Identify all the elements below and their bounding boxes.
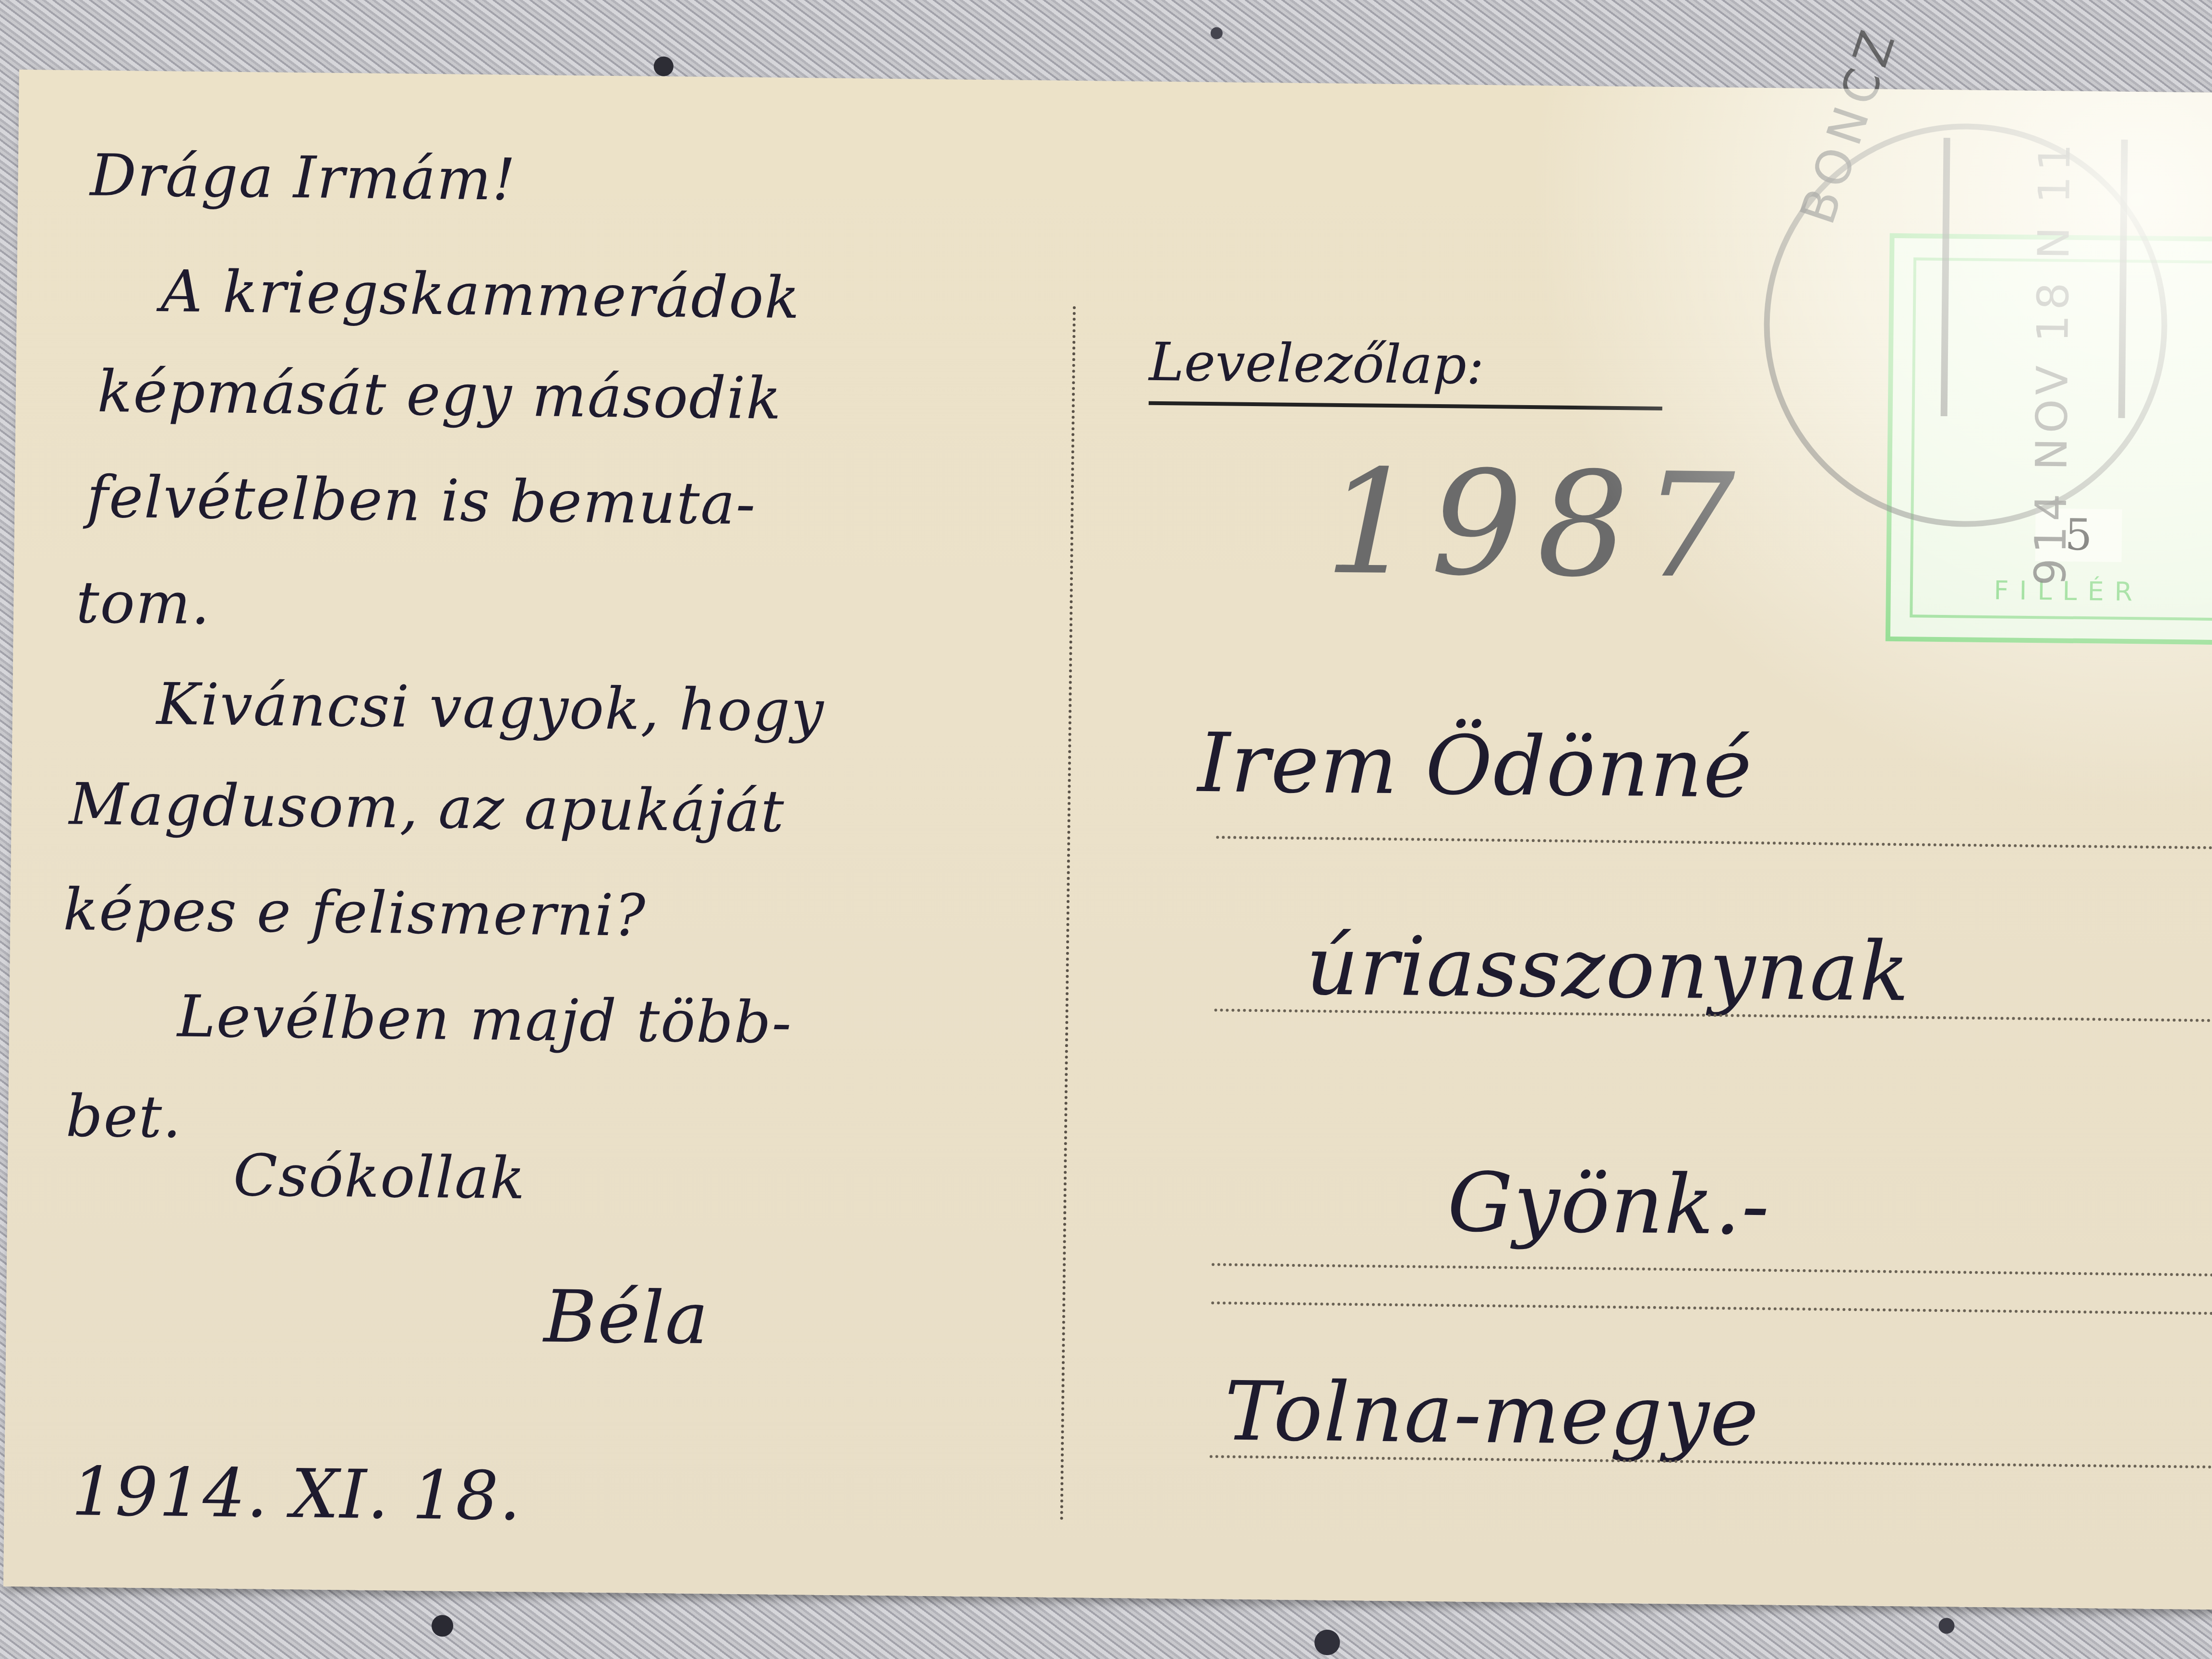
message-line-5: Kiváncsi vagyok, hogy [156, 671, 825, 745]
message-line-4: tom. [76, 569, 211, 637]
message-line-9: bet. [65, 1083, 182, 1151]
address-town: Gyönk.- [1447, 1155, 1770, 1253]
postcard: Drága Irmám! A kriegskammerádok képmását… [3, 70, 2212, 1610]
address-line-1 [1216, 836, 2212, 849]
archive-number: 1987 [1324, 439, 1750, 611]
closing: Csókollak [233, 1142, 526, 1212]
message-line-3: felvételben is bemuta- [86, 464, 757, 538]
message-date: 1914. XI. 18. [71, 1453, 522, 1536]
address-county: Tolna-megye [1224, 1364, 1760, 1465]
postcard-heading: Levelezőlap: [1149, 331, 1663, 410]
signature: Béla [543, 1275, 709, 1361]
postmark-date: 914 NOV 18 N 11 [2025, 139, 2080, 586]
message-line-6: Magdusom, az apukáját [69, 771, 785, 845]
message-line-2: képmását egy második [97, 359, 782, 433]
message-line-8: Levélben majd több- [177, 984, 793, 1057]
address-line-4 [1211, 1301, 2212, 1315]
address-line-3 [1212, 1263, 2212, 1276]
message-line-1: A kriegskammerádok [160, 258, 801, 332]
address-title: úriasszonynak [1306, 918, 1911, 1020]
dotted-divider [1060, 306, 1075, 1521]
message-line-7: képes e felismerni? [63, 877, 647, 950]
address-recipient: Irem Ödönné [1197, 716, 1753, 817]
salutation: Drága Irmám! [90, 143, 517, 214]
